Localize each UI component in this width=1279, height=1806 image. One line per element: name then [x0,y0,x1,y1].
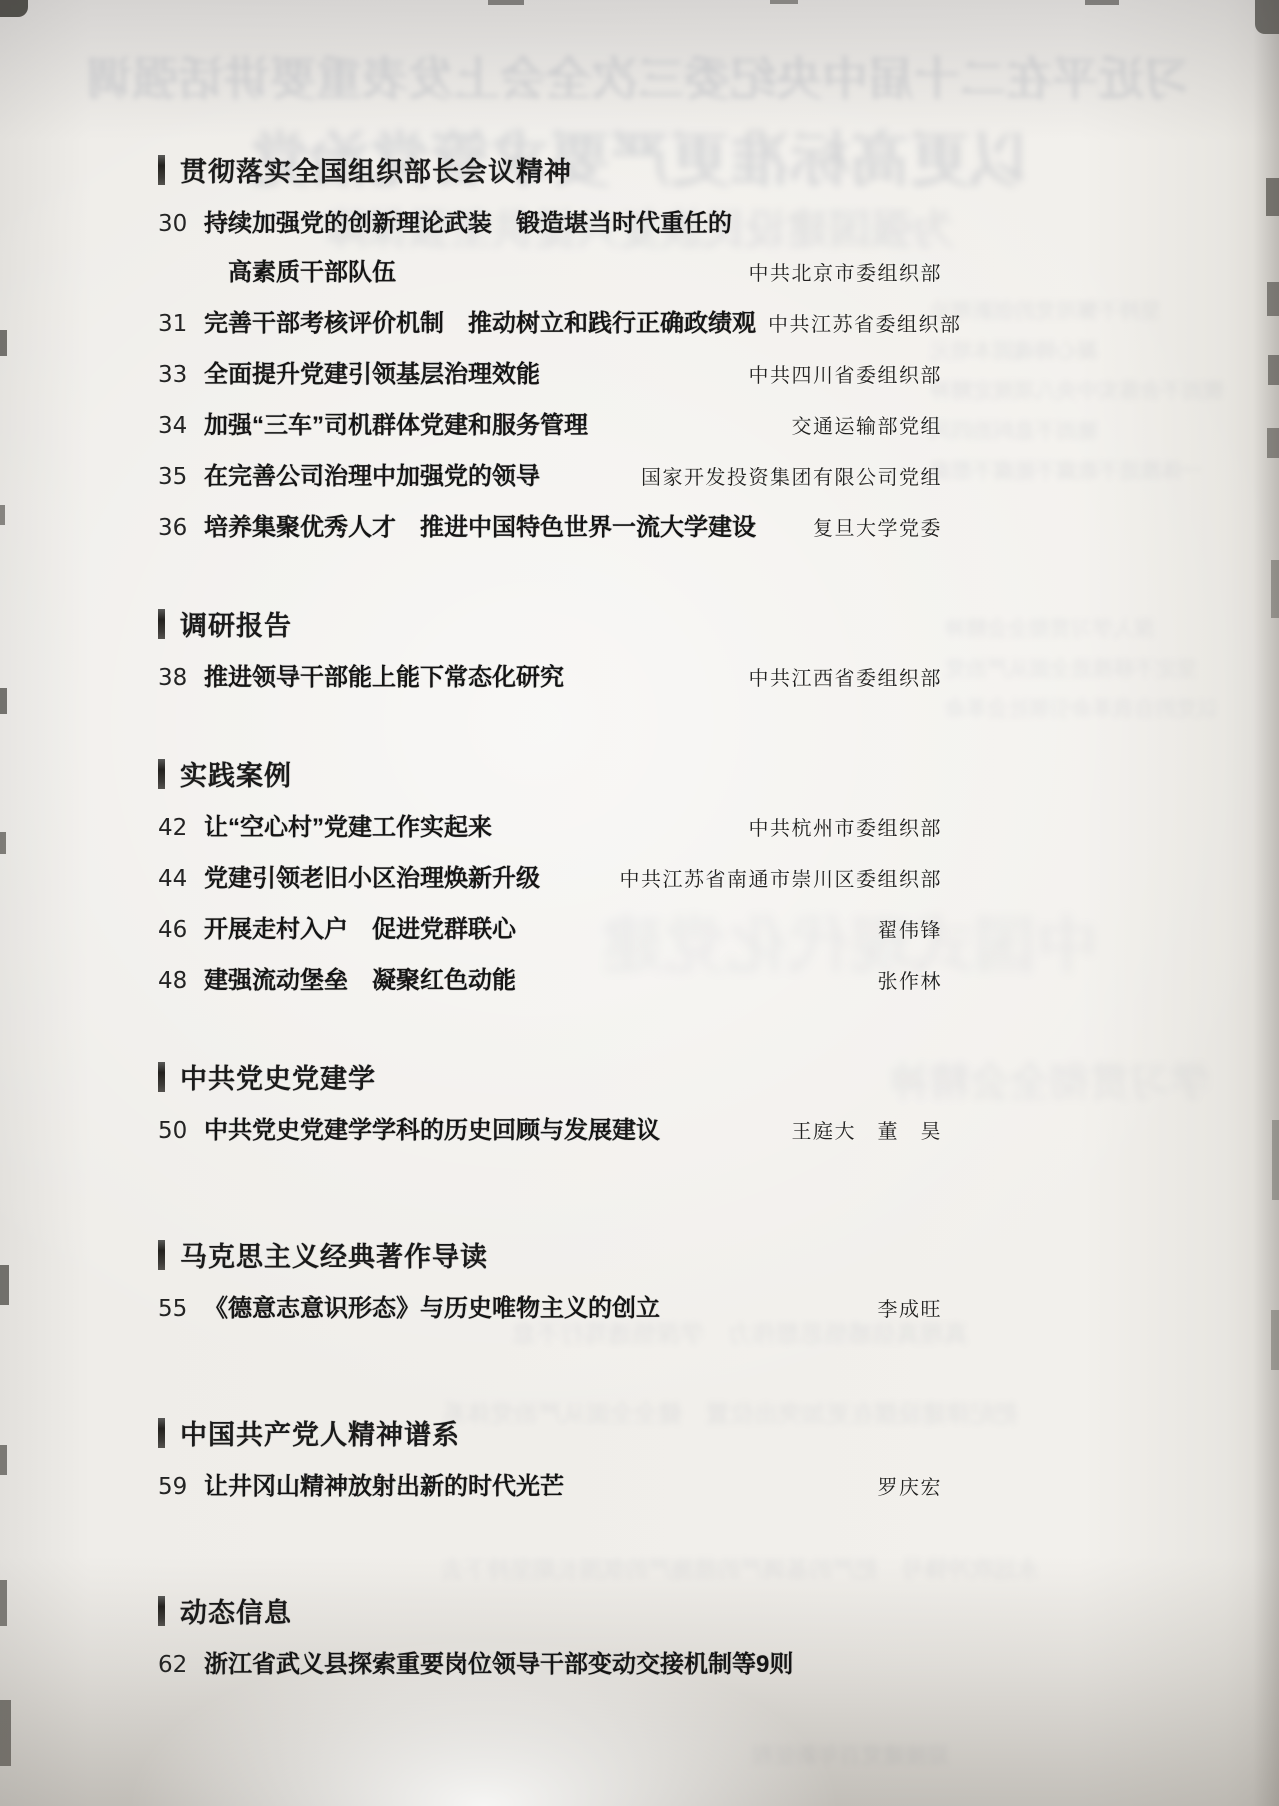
entry-row: 34加强“三车”司机群体党建和服务管理交通运输部党组 [158,410,942,442]
entry-row: 59让井冈山精神放射出新的时代光芒罗庆宏 [158,1471,942,1503]
entry-author: 中共北京市委组织部 [737,257,943,289]
section-marker-icon [158,1062,165,1092]
entry-author: 张作林 [866,965,943,997]
entry-page-number: 33 [158,359,204,391]
entry-author: 中共江西省委组织部 [737,662,943,694]
edge-artifact [0,1265,9,1305]
entry-row: 50中共党史党建学学科的历史回顾与发展建议王庭大 董 昊 [158,1115,942,1147]
entry-author: 国家开发投资集团有限公司党组 [629,461,942,493]
scanned-toc-page: 习近平在二十届中央纪委三次全会上发表重要讲话强调 以更高标准更严要求管党治党 为… [0,0,1279,1806]
section-header: 动态信息 [158,1591,942,1630]
toc-entry: 48建强流动堡垒 凝聚红色动能张作林 [158,965,942,997]
section-title: 动态信息 [180,1591,292,1630]
edge-artifact [0,0,28,17]
toc-section: 中共党史党建学50中共党史党建学学科的历史回顾与发展建议王庭大 董 昊 [158,1057,942,1147]
toc-entry: 30持续加强党的创新理论武装 锻造堪当时代重任的高素质干部队伍中共北京市委组织部 [158,208,942,289]
entry-page-number: 30 [158,208,204,240]
entry-title: 浙江省武义县探索重要岗位领导干部变动交接机制等9则 [204,1649,793,1681]
edge-artifact [1266,178,1279,216]
entry-row: 46开展走村入户 促进党群联心翟伟锋 [158,914,942,946]
entry-row: 48建强流动堡垒 凝聚红色动能张作林 [158,965,942,997]
bleedthrough-line: 迎接建党百年新征程 [640,1735,1060,1777]
bleedthrough-paragraph: 深入学习贯彻全会精神 坚定不移推进全面从严治党 以党的自我革命引领社会革命 [945,610,1275,730]
entry-page-number: 59 [158,1471,204,1503]
section-header: 马克思主义经典著作导读 [158,1235,942,1274]
entry-author: 中共四川省委组织部 [737,359,943,391]
section-marker-icon [158,1596,165,1626]
entry-row: 36培养集聚优秀人才 推进中国特色世界一流大学建设复旦大学党委 [158,512,942,544]
toc-entry: 42让“空心村”党建工作实起来中共杭州市委组织部 [158,812,942,844]
edge-artifact [0,832,6,854]
entry-title-continued: 高素质干部队伍 [228,257,396,289]
entry-title: 《德意志意识形态》与历史唯物主义的创立 [204,1293,660,1325]
entry-title: 推进领导干部能上能下常态化研究 [204,662,564,694]
entry-row: 62浙江省武义县探索重要岗位领导干部变动交接机制等9则 [158,1649,942,1681]
entry-author: 李成旺 [866,1293,943,1325]
entry-author: 中共江苏省委组织部 [756,308,962,340]
entry-row: 31完善干部考核评价机制 推动树立和践行正确政绩观中共江苏省委组织部 [158,308,942,340]
entry-row-continued: 高素质干部队伍中共北京市委组织部 [158,257,942,289]
entry-page-number: 38 [158,662,204,694]
toc-entry: 46开展走村入户 促进党群联心翟伟锋 [158,914,942,946]
entry-page-number: 31 [158,308,204,340]
toc-section: 中国共产党人精神谱系59让井冈山精神放射出新的时代光芒罗庆宏 [158,1413,942,1503]
edge-artifact [1271,1310,1279,1370]
entry-title: 全面提升党建引领基层治理效能 [204,359,540,391]
edge-artifact [488,0,524,5]
entry-title: 让井冈山精神放射出新的时代光芒 [204,1471,564,1503]
entry-title: 建强流动堡垒 凝聚红色动能 [204,965,516,997]
section-marker-icon [158,759,165,789]
entry-row: 38推进领导干部能上能下常态化研究中共江西省委组织部 [158,662,942,694]
edge-artifact [0,1700,11,1766]
edge-artifact [1272,1120,1279,1200]
section-title: 实践案例 [180,754,292,793]
toc-entry: 62浙江省武义县探索重要岗位领导干部变动交接机制等9则 [158,1649,942,1681]
toc-entry: 55《德意志意识形态》与历史唯物主义的创立李成旺 [158,1293,942,1325]
entry-page-number: 50 [158,1115,204,1147]
toc: 贯彻落实全国组织部长会议精神30持续加强党的创新理论武装 锻造堪当时代重任的高素… [158,150,942,1681]
entry-author: 王庭大 董 昊 [780,1115,943,1147]
edge-artifact [1255,0,1279,34]
entry-title: 完善干部考核评价机制 推动树立和践行正确政绩观 [204,308,756,340]
toc-entry: 36培养集聚优秀人才 推进中国特色世界一流大学建设复旦大学党委 [158,512,942,544]
entry-page-number: 36 [158,512,204,544]
section-header: 中共党史党建学 [158,1057,942,1096]
entry-author: 翟伟锋 [866,914,943,946]
section-title: 中国共产党人精神谱系 [180,1413,460,1452]
section-header: 中国共产党人精神谱系 [158,1413,942,1452]
edge-artifact [0,505,5,525]
entry-row: 42让“空心村”党建工作实起来中共杭州市委组织部 [158,812,942,844]
section-marker-icon [158,155,165,185]
edge-artifact [770,0,798,4]
entry-author: 交通运输部党组 [780,410,943,442]
section-marker-icon [158,609,165,639]
entry-title: 让“空心村”党建工作实起来 [204,812,492,844]
edge-artifact [0,1445,7,1475]
entry-page-number: 42 [158,812,204,844]
toc-entry: 38推进领导干部能上能下常态化研究中共江西省委组织部 [158,662,942,694]
entry-author: 罗庆宏 [866,1471,943,1503]
entry-row: 55《德意志意识形态》与历史唯物主义的创立李成旺 [158,1293,942,1325]
toc-entry: 35在完善公司治理中加强党的领导国家开发投资集团有限公司党组 [158,461,942,493]
entry-author: 复旦大学党委 [801,512,942,544]
toc-entry: 34加强“三车”司机群体党建和服务管理交通运输部党组 [158,410,942,442]
edge-artifact [0,688,7,714]
right-edge-shadow [1253,0,1279,1806]
entry-title: 加强“三车”司机群体党建和服务管理 [204,410,588,442]
toc-section: 贯彻落实全国组织部长会议精神30持续加强党的创新理论武装 锻造堪当时代重任的高素… [158,150,942,544]
entry-title: 党建引领老旧小区治理焕新升级 [204,863,540,895]
entry-title: 培养集聚优秀人才 推进中国特色世界一流大学建设 [204,512,756,544]
entry-page-number: 48 [158,965,204,997]
top-shading [0,0,1279,140]
edge-artifact [1268,355,1279,385]
section-header: 贯彻落实全国组织部长会议精神 [158,150,942,189]
toc-entry: 31完善干部考核评价机制 推动树立和践行正确政绩观中共江苏省委组织部 [158,308,942,340]
entry-title: 开展走村入户 促进党群联心 [204,914,516,946]
bleedthrough-headline: 习近平在二十届中央纪委三次全会上发表重要讲话强调 [28,36,1248,123]
entry-title: 中共党史党建学学科的历史回顾与发展建议 [204,1115,660,1147]
entry-row: 33全面提升党建引领基层治理效能中共四川省委组织部 [158,359,942,391]
edge-artifact [1085,0,1119,5]
section-title: 马克思主义经典著作导读 [180,1235,488,1274]
entry-page-number: 34 [158,410,204,442]
entry-row: 44党建引领老旧小区治理焕新升级中共江苏省南通市崇川区委组织部 [158,863,942,895]
section-header: 实践案例 [158,754,942,793]
toc-entry: 59让井冈山精神放射出新的时代光芒罗庆宏 [158,1471,942,1503]
edge-artifact [1267,282,1279,316]
section-marker-icon [158,1418,165,1448]
entry-page-number: 62 [158,1649,204,1681]
section-title: 中共党史党建学 [180,1057,376,1096]
toc-entry: 33全面提升党建引领基层治理效能中共四川省委组织部 [158,359,942,391]
section-header: 调研报告 [158,604,942,643]
edge-artifact [0,1580,7,1626]
edge-artifact [0,330,7,356]
entry-row: 30持续加强党的创新理论武装 锻造堪当时代重任的 [158,208,942,240]
entry-row: 35在完善公司治理中加强党的领导国家开发投资集团有限公司党组 [158,461,942,493]
section-marker-icon [158,1240,165,1270]
section-title: 调研报告 [180,604,292,643]
edge-artifact [1271,560,1279,618]
toc-section: 动态信息62浙江省武义县探索重要岗位领导干部变动交接机制等9则 [158,1591,942,1681]
bleedthrough-paragraph: 坚持不懈用党的创新理论 凝心铸魂固本培元 锲而不舍落实中央八项规定精神 驰而不息… [930,292,1275,491]
toc-section: 调研报告38推进领导干部能上能下常态化研究中共江西省委组织部 [158,604,942,694]
edge-artifact [1267,428,1279,458]
toc-section: 马克思主义经典著作导读55《德意志意识形态》与历史唯物主义的创立李成旺 [158,1235,942,1325]
entry-page-number: 46 [158,914,204,946]
entry-page-number: 35 [158,461,204,493]
entry-title: 持续加强党的创新理论武装 锻造堪当时代重任的 [204,208,732,240]
toc-entry: 44党建引领老旧小区治理焕新升级中共江苏省南通市崇川区委组织部 [158,863,942,895]
entry-title: 在完善公司治理中加强党的领导 [204,461,540,493]
entry-author: 中共江苏省南通市崇川区委组织部 [608,863,943,895]
entry-page-number: 44 [158,863,204,895]
entry-author: 中共杭州市委组织部 [737,812,943,844]
toc-section: 实践案例42让“空心村”党建工作实起来中共杭州市委组织部44党建引领老旧小区治理… [158,754,942,997]
entry-page-number: 55 [158,1293,204,1325]
toc-entry: 50中共党史党建学学科的历史回顾与发展建议王庭大 董 昊 [158,1115,942,1147]
section-title: 贯彻落实全国组织部长会议精神 [180,150,572,189]
